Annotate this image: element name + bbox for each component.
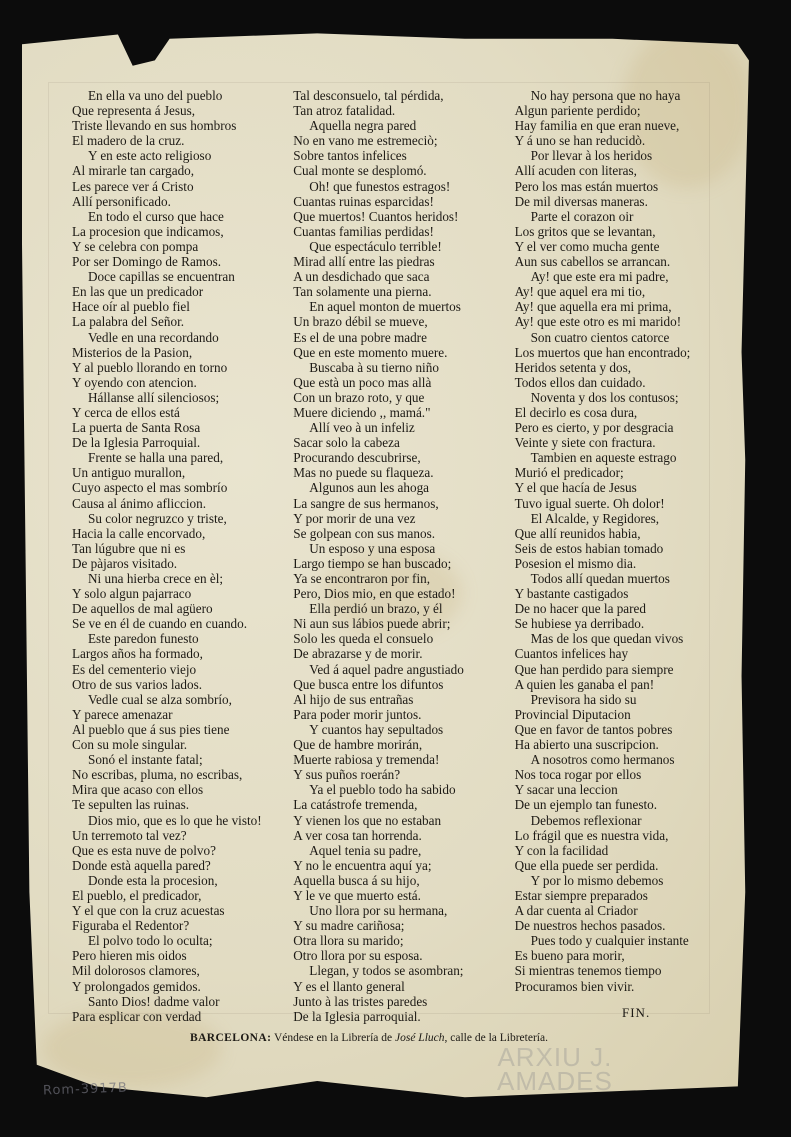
verse-line: Un terremoto tal vez? (72, 828, 293, 843)
verse-line: En ella va uno del pueblo (72, 88, 293, 103)
verse-line: Y prolongados gemidos. (72, 979, 293, 994)
verse-line: No hay persona que no haya (515, 88, 722, 103)
verse-line: Que en este momento muere. (293, 345, 512, 360)
verse-line: Por ser Domingo de Ramos. (72, 254, 293, 269)
verse-line: Debemos reflexionar (515, 813, 722, 828)
verse-line: Seis de estos habian tomado (515, 541, 722, 556)
verse-line: Un esposo y una esposa (293, 541, 512, 556)
verse-line: Ved á aquel padre angustiado (293, 662, 512, 677)
verse-line: Mira que acaso con ellos (72, 782, 293, 797)
verse-line: Provincial Diputacion (515, 707, 722, 722)
verse-line: La catástrofe tremenda, (293, 797, 512, 812)
verse-line: Mil dolorosos clamores, (72, 963, 293, 978)
verse-line: Allí personificado. (72, 194, 293, 209)
column-1: En ella va uno del puebloQue representa … (72, 88, 293, 1024)
verse-line: De un ejemplo tan funesto. (515, 797, 722, 812)
verse-line: Y sacar una leccion (515, 782, 722, 797)
verse-line: A dar cuenta al Criador (515, 903, 722, 918)
verse-line: Aquella busca á su hijo, (293, 873, 512, 888)
verse-line: Y el ver como mucha gente (515, 239, 722, 254)
verse-line: Que han perdido para siempre (515, 662, 722, 677)
verse-line: Algun pariente perdido; (515, 103, 722, 118)
verse-line: Murió el predicador; (515, 465, 722, 480)
verse-line: Donde està aquella pared? (72, 858, 293, 873)
verse-line: Este paredon funesto (72, 631, 293, 646)
verse-line: Que allí reunidos habia, (515, 526, 722, 541)
verse-line: Uno llora por su hermana, (293, 903, 512, 918)
verse-line: Dios mio, que es lo que he visto! (72, 813, 293, 828)
verse-line: El decirlo es cosa dura, (515, 405, 722, 420)
verse-line: Solo les queda el consuelo (293, 631, 512, 646)
verse-line: No en vano me estremeciò; (293, 133, 512, 148)
verse-line: Oh! que funestos estragos! (293, 179, 512, 194)
verse-line: Frente se halla una pared, (72, 450, 293, 465)
verse-line: Y parece amenazar (72, 707, 293, 722)
verse-line: Lo frágil que es nuestra vida, (515, 828, 722, 843)
verse-line: Ya se encontraron por fin, (293, 571, 512, 586)
verse-line: Otro llora por su esposa. (293, 948, 512, 963)
verse-line: Aun sus cabellos se arrancan. (515, 254, 722, 269)
imprint-line: BARCELONA: Véndese en la Librería de Jos… (190, 1032, 548, 1044)
verse-line: No escribas, pluma, no escribas, (72, 767, 293, 782)
archive-stamp-line2: AMADES (497, 1069, 613, 1093)
verse-line: Estar siempre preparados (515, 888, 722, 903)
verse-line: Les parece ver á Cristo (72, 179, 293, 194)
verse-line: Tan solamente una pierna. (293, 284, 512, 299)
verse-line: Y su madre cariñosa; (293, 918, 512, 933)
imprint-city: BARCELONA: (190, 1032, 271, 1044)
verse-line: Es bueno para morir, (515, 948, 722, 963)
verse-line: Procuramos bien vivir. (515, 979, 722, 994)
verse-line: Pero hieren mis oidos (72, 948, 293, 963)
verse-line: Ha abierto una suscripcion. (515, 737, 722, 752)
verse-line: Muere diciendo ,, mamá." (293, 405, 512, 420)
verse-line: A nosotros como hermanos (515, 752, 722, 767)
verse-line: Donde esta la procesion, (72, 873, 293, 888)
verse-line: El pueblo, el predicador, (72, 888, 293, 903)
verse-line: En aquel monton de muertos (293, 299, 512, 314)
column-3: No hay persona que no hayaAlgun pariente… (515, 88, 722, 1024)
verse-line: El polvo todo lo oculta; (72, 933, 293, 948)
verse-line: La puerta de Santa Rosa (72, 420, 293, 435)
verse-line: Los muertos que han encontrado; (515, 345, 722, 360)
verse-line: Y por morir de una vez (293, 511, 512, 526)
verse-line: Cual monte se desplomó. (293, 163, 512, 178)
verse-line: Se ve en él de cuando en cuando. (72, 616, 293, 631)
verse-line: Y cerca de ellos está (72, 405, 293, 420)
verse-line: Figuraba el Redentor? (72, 918, 293, 933)
verse-line: Mas no puede su flaqueza. (293, 465, 512, 480)
verse-line: Allí acuden con literas, (515, 163, 722, 178)
verse-line: Te sepulten las ruinas. (72, 797, 293, 812)
verse-line: Cuyo aspecto el mas sombrío (72, 480, 293, 495)
verse-line: Y cuantos hay sepultados (293, 722, 512, 737)
verse-line: Se golpean con sus manos. (293, 526, 512, 541)
verse-line: De la Iglesia parroquial. (293, 1009, 512, 1024)
verse-line: Con un brazo roto, y que (293, 390, 512, 405)
verse-line: De abrazarse y de morir. (293, 646, 512, 661)
column-2: Tal desconsuelo, tal pérdida,Tan atroz f… (293, 88, 512, 1024)
verse-line: Noventa y dos los contusos; (515, 390, 722, 405)
verse-line: Un brazo débil se mueve, (293, 314, 512, 329)
verse-line: Pero los mas están muertos (515, 179, 722, 194)
verse-line: Al hijo de sus entrañas (293, 692, 512, 707)
verse-line: Nos toca rogar por ellos (515, 767, 722, 782)
verse-line: La palabra del Señor. (72, 314, 293, 329)
verse-line: Y vienen los que no estaban (293, 813, 512, 828)
verse-line: Pero es cierto, y por desgracia (515, 420, 722, 435)
verse-line: Tan lúgubre que ni es (72, 541, 293, 556)
verse-line: De pàjaros visitado. (72, 556, 293, 571)
verse-line: Que ella puede ser perdida. (515, 858, 722, 873)
verse-line: Vedle cual se alza sombrío, (72, 692, 293, 707)
verse-line: Hállanse allí silenciosos; (72, 390, 293, 405)
verse-line: Cuantos infelices hay (515, 646, 722, 661)
verse-line: Aquella negra pared (293, 118, 512, 133)
verse-line: Misterios de la Pasion, (72, 345, 293, 360)
verse-line: Vedle en una recordando (72, 330, 293, 345)
verse-line: De nuestros hechos pasados. (515, 918, 722, 933)
verse-line: Y no le encuentra aquí ya; (293, 858, 512, 873)
verse-line: De no hacer que la pared (515, 601, 722, 616)
verse-line: A quien les ganaba el pan! (515, 677, 722, 692)
verse-line: Ni una hierba crece en èl; (72, 571, 293, 586)
verse-line: Por llevar à los heridos (515, 148, 722, 163)
verse-line: Al mirarle tan cargado, (72, 163, 293, 178)
verse-line: Si mientras tenemos tiempo (515, 963, 722, 978)
verse-line: Cuantas familias perdidas! (293, 224, 512, 239)
verse-line: Y solo algun pajarraco (72, 586, 293, 601)
verse-line: Y bastante castigados (515, 586, 722, 601)
verse-line: Causa al ánimo afliccion. (72, 496, 293, 511)
verse-line: Que espectáculo terrible! (293, 239, 512, 254)
verse-line: Junto à las tristes paredes (293, 994, 512, 1009)
verse-line: Y es el llanto general (293, 979, 512, 994)
imprint-text: Véndese en la Librería de (271, 1032, 395, 1044)
verse-line: En las que un predicador (72, 284, 293, 299)
verse-line: A un desdichado que saca (293, 269, 512, 284)
verse-line: Llegan, y todos se asombran; (293, 963, 512, 978)
ending-fin: FIN. (622, 1005, 650, 1021)
verse-line: Que de hambre morirán, (293, 737, 512, 752)
verse-line: Sonó el instante fatal; (72, 752, 293, 767)
verse-line: Santo Dios! dadme valor (72, 994, 293, 1009)
verse-line: Es del cementerio viejo (72, 662, 293, 677)
verse-line: Hacia la calle encorvado, (72, 526, 293, 541)
verse-line: Veinte y siete con fractura. (515, 435, 722, 450)
verse-line: El Alcalde, y Regidores, (515, 511, 722, 526)
verse-line: Heridos setenta y dos, (515, 360, 722, 375)
verse-line: Ella perdió un brazo, y él (293, 601, 512, 616)
verse-line: Y oyendo con atencion. (72, 375, 293, 390)
verse-line: De aquellos de mal agüero (72, 601, 293, 616)
verse-line: Con su mole singular. (72, 737, 293, 752)
verse-line: Otro de sus varios lados. (72, 677, 293, 692)
verse-line: Para poder morir juntos. (293, 707, 512, 722)
verse-line: Tambien en aqueste estrago (515, 450, 722, 465)
verse-line: Ay! que este era mi padre, (515, 269, 722, 284)
verse-line: Muerte rabiosa y tremenda! (293, 752, 512, 767)
verse-line: Y se celebra con pompa (72, 239, 293, 254)
verse-line: Ay! que aquella era mi prima, (515, 299, 722, 314)
verse-line: Y con la facilidad (515, 843, 722, 858)
verse-line: A ver cosa tan horrenda. (293, 828, 512, 843)
verse-line: Parte el corazon oir (515, 209, 722, 224)
verse-line: Que es esta nuve de polvo? (72, 843, 293, 858)
verse-line: Y el que hacía de Jesus (515, 480, 722, 495)
verse-line: Hay familia en que eran nueve, (515, 118, 722, 133)
verse-line: Su color negruzco y triste, (72, 511, 293, 526)
verse-line: Ay! que este otro es mi marido! (515, 314, 722, 329)
handwritten-shelfmark: Rom-3917B (43, 1081, 128, 1099)
verse-line: Y al pueblo llorando en torno (72, 360, 293, 375)
verse-line: Un antiguo murallon, (72, 465, 293, 480)
verse-line: Tuvo igual suerte. Oh dolor! (515, 496, 722, 511)
verse-line: De mil diversas maneras. (515, 194, 722, 209)
verse-line: De la Iglesia Parroquial. (72, 435, 293, 450)
verse-line: Cuantas ruinas esparcidas! (293, 194, 512, 209)
verse-line: Que representa á Jesus, (72, 103, 293, 118)
verse-line: Y por lo mismo debemos (515, 873, 722, 888)
verse-line: Posesion el mismo dia. (515, 556, 722, 571)
poem-body: En ella va uno del puebloQue representa … (72, 88, 722, 1024)
verse-line: Al pueblo que á sus pies tiene (72, 722, 293, 737)
verse-line: Que busca entre los difuntos (293, 677, 512, 692)
verse-line: Sobre tantos infelices (293, 148, 512, 163)
verse-line: Y el que con la cruz acuestas (72, 903, 293, 918)
verse-line: Buscaba à su tierno niño (293, 360, 512, 375)
verse-line: Que en favor de tantos pobres (515, 722, 722, 737)
verse-line: Largos años ha formado, (72, 646, 293, 661)
verse-line: Sacar solo la cabeza (293, 435, 512, 450)
verse-line: Triste llevando en sus hombros (72, 118, 293, 133)
verse-line: Mirad allí entre las piedras (293, 254, 512, 269)
verse-line: Todos ellos dan cuidado. (515, 375, 722, 390)
verse-line: Pero, Dios mio, en que estado! (293, 586, 512, 601)
verse-line: Algunos aun les ahoga (293, 480, 512, 495)
verse-line: Ni aun sus lábios puede abrir; (293, 616, 512, 631)
imprint-publisher: José Lluch (395, 1032, 445, 1044)
verse-line: Otra llora su marido; (293, 933, 512, 948)
verse-line: Y sus puños roerán? (293, 767, 512, 782)
verse-line: Doce capillas se encuentran (72, 269, 293, 284)
verse-line: En todo el curso que hace (72, 209, 293, 224)
verse-line: Y le ve que muerto está. (293, 888, 512, 903)
verse-line: Son cuatro cientos catorce (515, 330, 722, 345)
verse-line: La sangre de sus hermanos, (293, 496, 512, 511)
verse-line: El madero de la cruz. (72, 133, 293, 148)
verse-line: Para esplicar con verdad (72, 1009, 293, 1024)
verse-line: Los gritos que se levantan, (515, 224, 722, 239)
verse-line: Tan atroz fatalidad. (293, 103, 512, 118)
verse-line: Pues todo y cualquier instante (515, 933, 722, 948)
verse-line: Y á uno se han reducidò. (515, 133, 722, 148)
verse-line: Largo tiempo se han buscado; (293, 556, 512, 571)
verse-line: Todos allí quedan muertos (515, 571, 722, 586)
verse-line: Allí veo à un infeliz (293, 420, 512, 435)
verse-line: Mas de los que quedan vivos (515, 631, 722, 646)
verse-line: Ya el pueblo todo ha sabido (293, 782, 512, 797)
verse-line: Hace oír al pueblo fiel (72, 299, 293, 314)
verse-line: Tal desconsuelo, tal pérdida, (293, 88, 512, 103)
verse-line: Previsora ha sido su (515, 692, 722, 707)
verse-line: Se hubiese ya derribado. (515, 616, 722, 631)
verse-line: Procurando descubrirse, (293, 450, 512, 465)
verse-line: Es el de una pobre madre (293, 330, 512, 345)
verse-line: Que muertos! Cuantos heridos! (293, 209, 512, 224)
verse-line: Que està un poco mas allà (293, 375, 512, 390)
verse-line: Aquel tenia su padre, (293, 843, 512, 858)
verse-line: Ay! que aquel era mi tio, (515, 284, 722, 299)
verse-line: Y en este acto religioso (72, 148, 293, 163)
verse-line: La procesion que indicamos, (72, 224, 293, 239)
archive-stamp: ARXIU J. AMADES (497, 1045, 613, 1093)
